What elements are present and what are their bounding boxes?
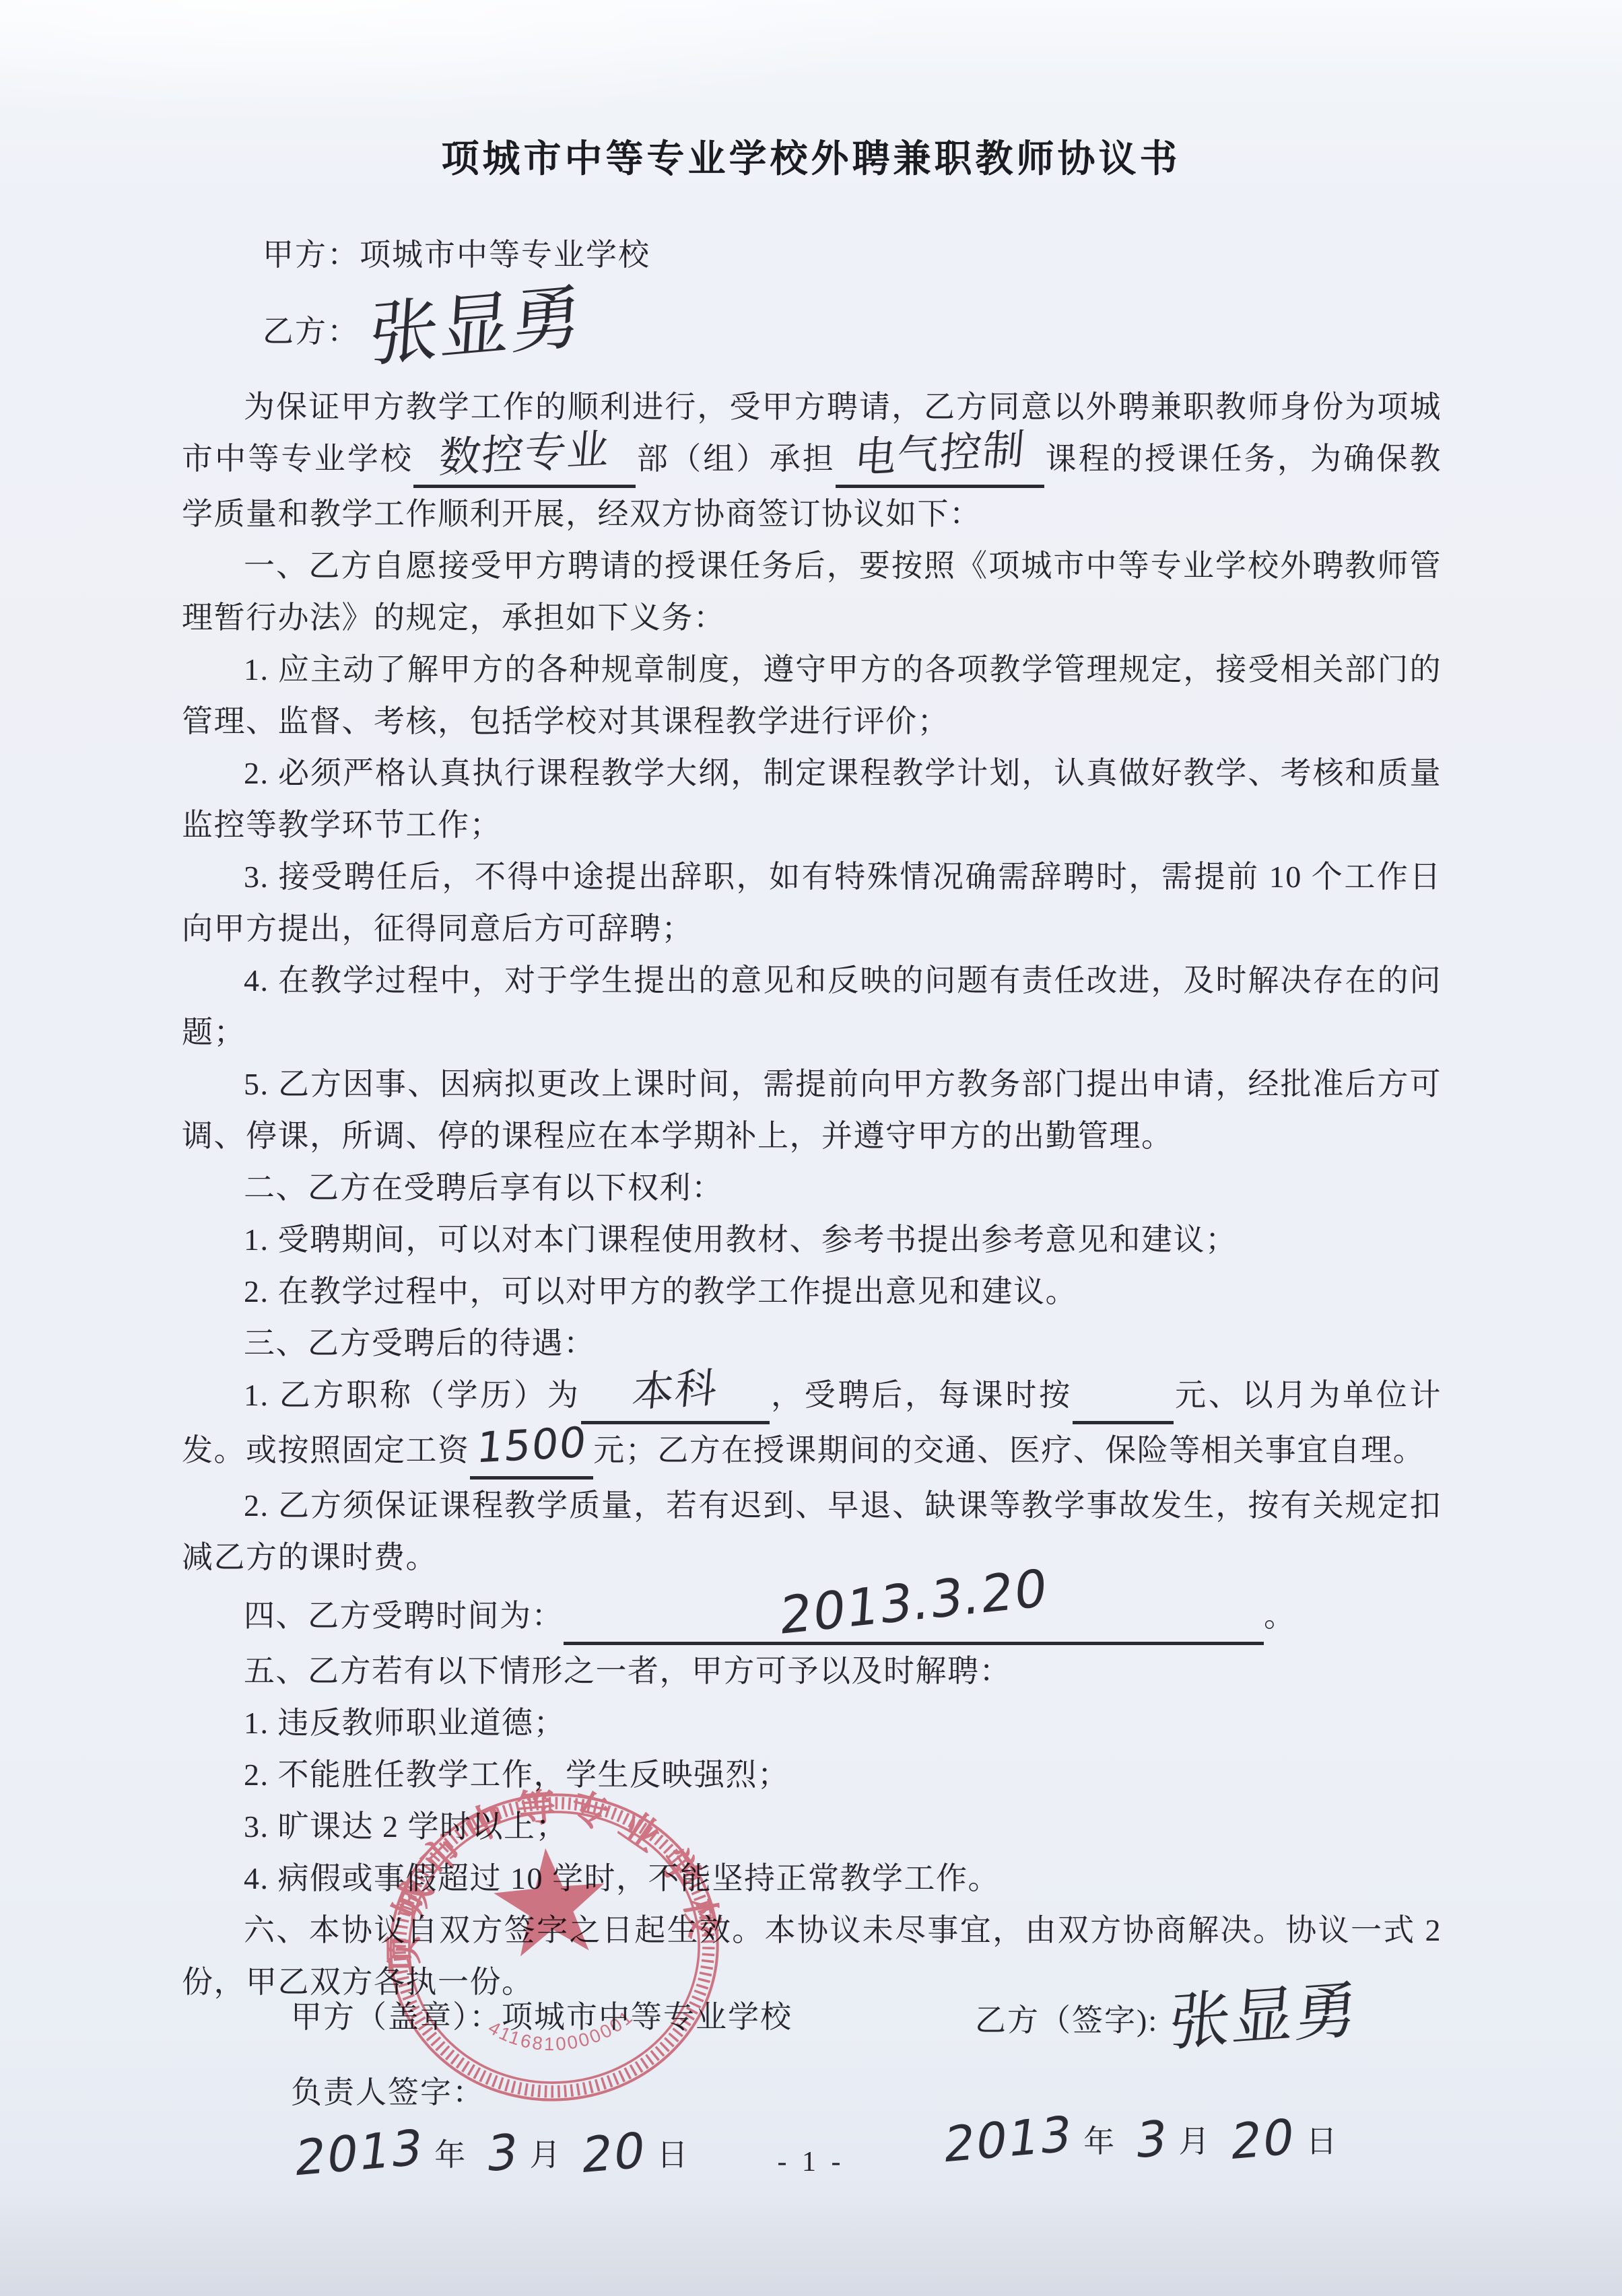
party-b-line: 乙方：张显勇	[182, 283, 1440, 363]
scan-light-artifact	[0, 0, 1622, 135]
scanned-document-page: 项城市中等专业学校外聘兼职教师协议书 甲方：项城市中等专业学校 乙方：张显勇 为…	[0, 0, 1622, 2296]
printed-text: 3. 接受聘任后，不得中途提出辞职，如有特殊情况确需辞聘时，需提前 10 个工作…	[182, 860, 1442, 946]
party-b-label: 乙方：	[263, 314, 360, 349]
party-block: 甲方：项城市中等专业学校 乙方：张显勇	[182, 228, 1440, 363]
body-paragraphs: 为保证甲方教学工作的顺利进行，受甲方聘请，乙方同意以外聘兼职教师身份为项城市中等…	[182, 381, 1442, 2008]
printed-text: 1. 应主动了解甲方的各种规章制度，遵守甲方的各项教学管理规定，接受相关部门的管…	[182, 652, 1442, 738]
printed-text: 4. 在教学过程中，对于学生提出的意见和反映的问题有责任改进，及时解决存在的问题…	[182, 963, 1442, 1049]
paragraph: 1. 应主动了解甲方的各种规章制度，遵守甲方的各项教学管理规定，接受相关部门的管…	[182, 643, 1442, 747]
paragraph: 2. 在教学过程中，可以对甲方的教学工作提出意见和建议。	[182, 1265, 1442, 1317]
paragraph: 3. 旷课达 2 学时以上；	[182, 1801, 1442, 1852]
paragraph: 五、乙方若有以下情形之一者，甲方可予以及时解聘：	[182, 1645, 1442, 1697]
printed-text: 四、乙方受聘时间为：	[244, 1599, 564, 1633]
printed-text: 2. 乙方须保证课程教学质量，若有迟到、早退、缺课等教学事故发生，按有关规定扣减…	[182, 1488, 1442, 1574]
fill-in-blank	[1073, 1369, 1174, 1424]
fill-in-blank: 数控专业	[413, 433, 636, 488]
printed-text: 2. 在教学过程中，可以对甲方的教学工作提出意见和建议。	[244, 1274, 1077, 1309]
printed-text: 五、乙方若有以下情形之一者，甲方可予以及时解聘：	[244, 1654, 1011, 1688]
printed-text: 三、乙方受聘后的待遇：	[244, 1326, 596, 1360]
paragraph: 二、乙方在受聘后享有以下权利：	[182, 1162, 1442, 1214]
paragraph: 4. 病假或事假超过 10 学时，不能坚持正常教学工作。	[182, 1852, 1442, 1904]
party-a-label: 甲方：	[263, 238, 360, 272]
fill-in-blank: 2013.3.20	[564, 1583, 1264, 1645]
printed-text: 2. 不能胜任教学工作，学生反映强烈；	[244, 1758, 790, 1792]
page-number: - 1 -	[0, 2146, 1622, 2178]
party-a-seal-label: 甲方（盖章）：	[291, 2000, 502, 2034]
fill-in-blank: 电气控制	[836, 433, 1044, 488]
paragraph: 2. 不能胜任教学工作，学生反映强烈；	[182, 1749, 1442, 1801]
fill-in-blank: 本科	[581, 1369, 770, 1424]
paragraph: 为保证甲方教学工作的顺利进行，受甲方聘请，乙方同意以外聘兼职教师身份为项城市中等…	[182, 381, 1442, 540]
printed-text: 1. 受聘期间，可以对本门课程使用教材、参考书提出参考意见和建议；	[244, 1222, 1238, 1257]
printed-text: 1. 违反教师职业道德；	[244, 1706, 566, 1740]
party-b-sign-handwriting: 张显勇	[1166, 1979, 1361, 2054]
party-a-seal-value: 项城市中等专业学校	[502, 2000, 792, 2034]
responsible-sign-label: 负责人签字：	[291, 2075, 485, 2110]
paragraph: 一、乙方自愿接受甲方聘请的授课任务后，要按照《项城市中等专业学校外聘教师管理暂行…	[182, 540, 1442, 643]
paragraph: 4. 在教学过程中，对于学生提出的意见和反映的问题有责任改进，及时解决存在的问题…	[182, 954, 1442, 1058]
paragraph: 1. 受聘期间，可以对本门课程使用教材、参考书提出参考意见和建议；	[182, 1214, 1442, 1265]
handwritten-text: 1500	[475, 1422, 588, 1469]
paragraph: 四、乙方受聘时间为：2013.3.20。	[182, 1583, 1442, 1645]
party-b-signature-handwriting: 张显勇	[367, 281, 585, 371]
paragraph: 3. 接受聘任后，不得中途提出辞职，如有特殊情况确需辞聘时，需提前 10 个工作…	[182, 851, 1442, 954]
party-b-sign-label: 乙方（签字):	[975, 2003, 1158, 2038]
paragraph: 5. 乙方因事、因病拟更改上课时间，需提前向甲方教务部门提出申请，经批准后方可调…	[182, 1058, 1442, 1162]
printed-text: 二、乙方在受聘后享有以下权利：	[244, 1171, 724, 1205]
party-a-seal-row: 甲方（盖章）：项城市中等专业学校	[291, 1992, 792, 2037]
handwritten-text: 本科	[631, 1366, 720, 1413]
handwritten-text: 数控专业	[438, 428, 612, 479]
party-a-value: 项城市中等专业学校	[360, 238, 650, 272]
paragraph: 2. 必须严格认真执行课程教学大纲，制定课程教学计划，认真做好教学、考核和质量监…	[182, 747, 1442, 851]
fill-in-blank: 1500	[470, 1424, 594, 1480]
handwritten-text: 电气控制	[852, 428, 1027, 479]
printed-text: 5. 乙方因事、因病拟更改上课时间，需提前向甲方教务部门提出申请，经批准后方可调…	[182, 1067, 1442, 1153]
paragraph: 三、乙方受聘后的待遇：	[182, 1317, 1442, 1369]
document-title: 项城市中等专业学校外聘兼职教师协议书	[0, 129, 1622, 183]
paragraph: 1. 违反教师职业道德；	[182, 1697, 1442, 1749]
printed-text: 部（组）承担	[636, 442, 836, 476]
paragraph: 2. 乙方须保证课程教学质量，若有迟到、早退、缺课等教学事故发生，按有关规定扣减…	[182, 1480, 1442, 1583]
printed-text: 元；乙方在授课期间的交通、医疗、保险等相关事宜自理。	[593, 1433, 1425, 1467]
responsible-sign-row: 负责人签字：	[291, 2068, 485, 2112]
party-a-line: 甲方：项城市中等专业学校	[182, 228, 1440, 283]
printed-text: ，受聘后，每课时按	[770, 1378, 1073, 1412]
party-b-sign-row: 乙方（签字):张显勇	[975, 1979, 1348, 2041]
paragraph: 1. 乙方职称（学历）为本科，受聘后，每课时按元、以月为单位计发。或按照固定工资…	[182, 1369, 1442, 1480]
printed-text: 。	[1264, 1599, 1296, 1633]
printed-text: 1. 乙方职称（学历）为	[244, 1378, 581, 1412]
printed-text: 一、乙方自愿接受甲方聘请的授课任务后，要按照《项城市中等专业学校外聘教师管理暂行…	[182, 549, 1442, 635]
printed-text: 3. 旷课达 2 学时以上；	[244, 1809, 568, 1844]
printed-text: 2. 必须严格认真执行课程教学大纲，制定课程教学计划，认真做好教学、考核和质量监…	[182, 756, 1442, 842]
printed-text: 4. 病假或事假超过 10 学时，不能坚持正常教学工作。	[244, 1861, 1000, 1895]
